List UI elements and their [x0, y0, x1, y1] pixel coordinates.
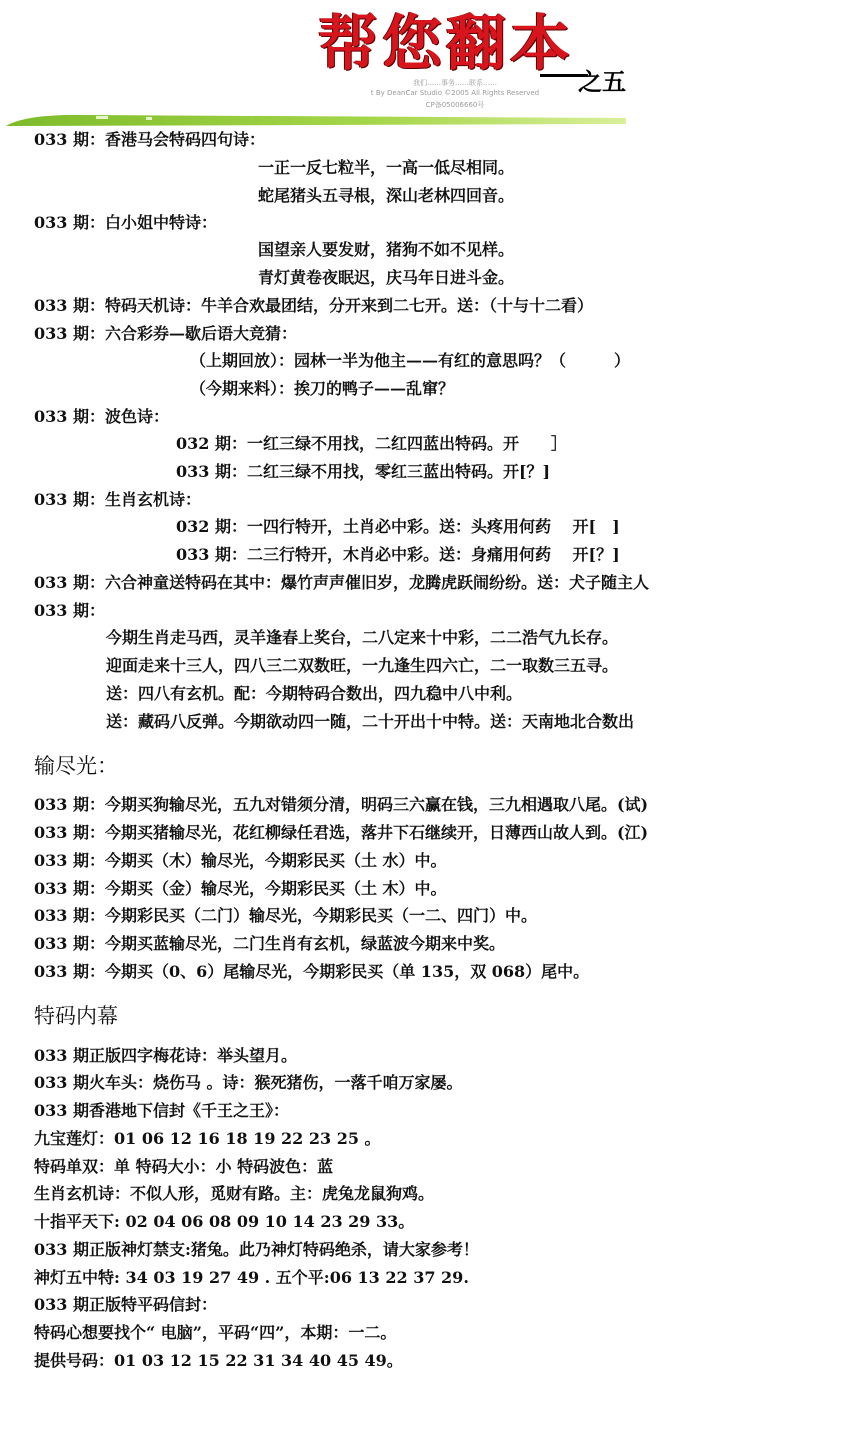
text-line: 特码心想要找个“ 电脑”，平码“四”，本期：一二。: [34, 1323, 396, 1343]
verse-line: 迎面走来十三人，四八三二双数旺，一九逢生四六亡，二一取数三五寻。: [106, 656, 618, 676]
verse-line: 送：四八有玄机。配：今期特码合数出，四九稳中八中利。: [106, 684, 522, 704]
text-line: 033 期：白小姐中特诗：: [34, 213, 217, 233]
copyright-line-3: CP备05006660号: [305, 100, 605, 110]
copyright-line-1: 我们……事务……联系……: [305, 78, 605, 88]
text-line: 033 期火车头：烧伤马 。诗：猴死猪伤，一落千咱万家屡。: [34, 1073, 463, 1093]
text-line: 033 期：今期买狗输尽光，五九对错须分清，明码三六赢在钱，三九相遇取八尾。(试…: [34, 795, 648, 815]
zodiac-poem-line: 033 期：二三行特开，木肖必中彩。送：身痛用何药 开[？]: [176, 545, 620, 565]
text-line: 十指平天下: 02 04 06 08 09 10 14 23 29 33。: [34, 1212, 414, 1232]
riddle-line: （上期回放）：园林一半为他主——有红的意思吗？（ ）: [190, 351, 630, 371]
verse-line: 送：藏码八反弹。今期欲动四一随，二十开出十中特。送：天南地北合数出: [106, 712, 634, 732]
text-line: 033 期：今期买（0、6）尾输尽光，今期彩民买（单 135，双 068）尾中。: [34, 962, 589, 982]
text-line: 033 期香港地下信封《千王之王》：: [34, 1101, 289, 1121]
poem-line: 蛇尾猪头五寻根，深山老林四回音。: [258, 186, 514, 206]
text-line: 033 期：特码天机诗：牛羊合欢最团结，分开来到二七开。送：（十与十二看）: [34, 296, 593, 316]
text-line: 033 期正版四字梅花诗：举头望月。: [34, 1046, 297, 1066]
verse-line: 今期生肖走马西，灵羊逢春上奖台，二八定来十中彩，二二浩气九长存。: [106, 628, 618, 648]
text-line: 033 期：今期买（金）输尽光，今期彩民买（土 木）中。: [34, 879, 447, 899]
text-line: 提供号码：01 03 12 15 22 31 34 40 45 49。: [34, 1351, 403, 1371]
text-line: 033 期：香港马会特码四句诗：: [34, 130, 265, 150]
text-line: 033 期：六合彩券—歇后语大竞猜：: [34, 324, 297, 344]
section-heading: 输尽光：: [34, 752, 118, 780]
text-line: 033 期正版特平码信封：: [34, 1295, 217, 1315]
text-line: 033 期：生肖玄机诗：: [34, 490, 201, 510]
text-line: 033 期：波色诗：: [34, 407, 169, 427]
text-line: 033 期正版神灯禁支:猪兔。此乃神灯特码绝杀，请大家参考！: [34, 1240, 479, 1260]
color-poem-line: 033 期：二红三绿不用找，零红三蓝出特码。开[？]: [176, 462, 550, 482]
text-line: 033 期：今期彩民买（二门）输尽光，今期彩民买（一二、四门）中。: [34, 906, 537, 926]
text-line: 九宝莲灯：01 06 12 16 18 19 22 23 25 。: [34, 1129, 381, 1149]
copyright-line-2: t By DeanCar Studio ©2005 All Rights Res…: [305, 89, 605, 97]
green-banner-decoration: [6, 112, 626, 126]
poem-line: 青灯黄卷夜眠迟，庆马年日进斗金。: [258, 268, 514, 288]
zodiac-poem-line: 032 期：一四行特开，土肖必中彩。送：头疼用何药 开[ ]: [176, 517, 620, 537]
text-line: 生肖玄机诗：不似人形，觅财有路。主：虎兔龙鼠狗鸡。: [34, 1184, 434, 1204]
riddle-line: （今期来料）：挨刀的鸭子——乱窜？: [190, 379, 454, 399]
section-heading: 特码内幕: [34, 1002, 118, 1030]
text-line: 特码单双：单 特码大小：小 特码波色：蓝: [34, 1157, 333, 1177]
text-line: 033 期：今期买猪输尽光，花红柳绿任君选，落井下石继续开，日薄西山故人到。(江…: [34, 823, 648, 843]
text-line: 033 期：六合神童送特码在其中：爆竹声声催旧岁，龙腾虎跃闹纷纷。送：犬子随主人: [34, 573, 649, 593]
text-line: 033 期：今期买（木）输尽光，今期彩民买（土 水）中。: [34, 851, 447, 871]
text-line: 神灯五中特: 34 03 19 27 49 . 五个平:06 13 22 37 …: [34, 1268, 469, 1288]
page-header: 帮您翻本 之五 我们……事务……联系…… t By DeanCar Studio…: [0, 0, 842, 128]
page-title: 帮您翻本: [318, 2, 574, 86]
text-line: 033 期：今期买蓝输尽光，二门生肖有玄机，绿蓝波今期来中奖。: [34, 934, 505, 954]
poem-line: 一正一反七粒半，一高一低尽相同。: [258, 158, 514, 178]
poem-line: 国望亲人要发财，猪狗不如不见样。: [258, 240, 514, 260]
color-poem-line: 032 期：一红三绿不用找，二红四蓝出特码。开 ］: [176, 434, 567, 454]
text-line: 033 期：: [34, 601, 105, 621]
